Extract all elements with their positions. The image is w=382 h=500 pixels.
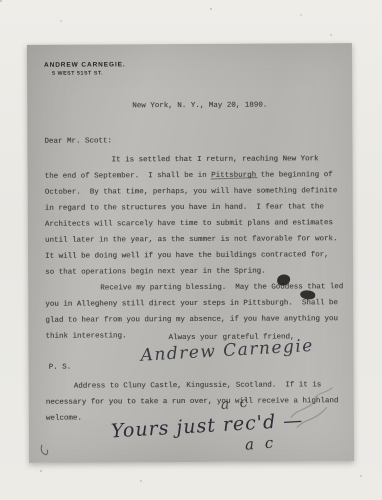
body-line: so that operations begin next year in th… [45, 263, 343, 281]
pencil-scribble [285, 383, 349, 435]
salutation: Dear Mr. Scott: [44, 137, 112, 145]
ink-blot [300, 290, 315, 299]
body-line: in regard to the structures you have in … [45, 199, 343, 217]
scan-dust-specks [0, 0, 2, 2]
letter-body: It is settled that I return, reaching Ne… [44, 151, 343, 345]
postscript-label: P. S. [49, 364, 72, 372]
body-line: you in Allegheny still direct your steps… [45, 295, 343, 313]
letter-paper: ANDREW CARNEGIE. 5 WEST 51ST ST. New Yor… [27, 43, 354, 463]
handwritten-initials-ac: a c [220, 394, 251, 413]
letterhead-name: ANDREW CARNEGIE. [44, 61, 126, 68]
body-line: Receive my parting blessing. May the God… [45, 279, 343, 297]
scanned-letter-page: { "letter": { "letterhead": { "name": "A… [0, 0, 382, 500]
letterhead-address: 5 WEST 51ST ST. [52, 70, 103, 76]
body-line: It will be doing well if you have the bu… [45, 247, 343, 265]
body-line: It is settled that I return, reaching Ne… [44, 151, 342, 169]
pen-corner-mark [39, 443, 51, 457]
dateline: New York, N. Y., May 20, 1890. [132, 102, 267, 111]
body-line: the end of September. I shall be in Pitt… [45, 167, 343, 185]
body-line: October. By that time, perhaps, you will… [45, 183, 343, 201]
handwritten-received-initials: a c [244, 433, 276, 453]
body-line: until later in the year, as the summer i… [45, 231, 343, 249]
body-line: Architects will scarcely have time to su… [45, 215, 343, 233]
body-line: glad to hear from you during my absence,… [45, 311, 343, 329]
